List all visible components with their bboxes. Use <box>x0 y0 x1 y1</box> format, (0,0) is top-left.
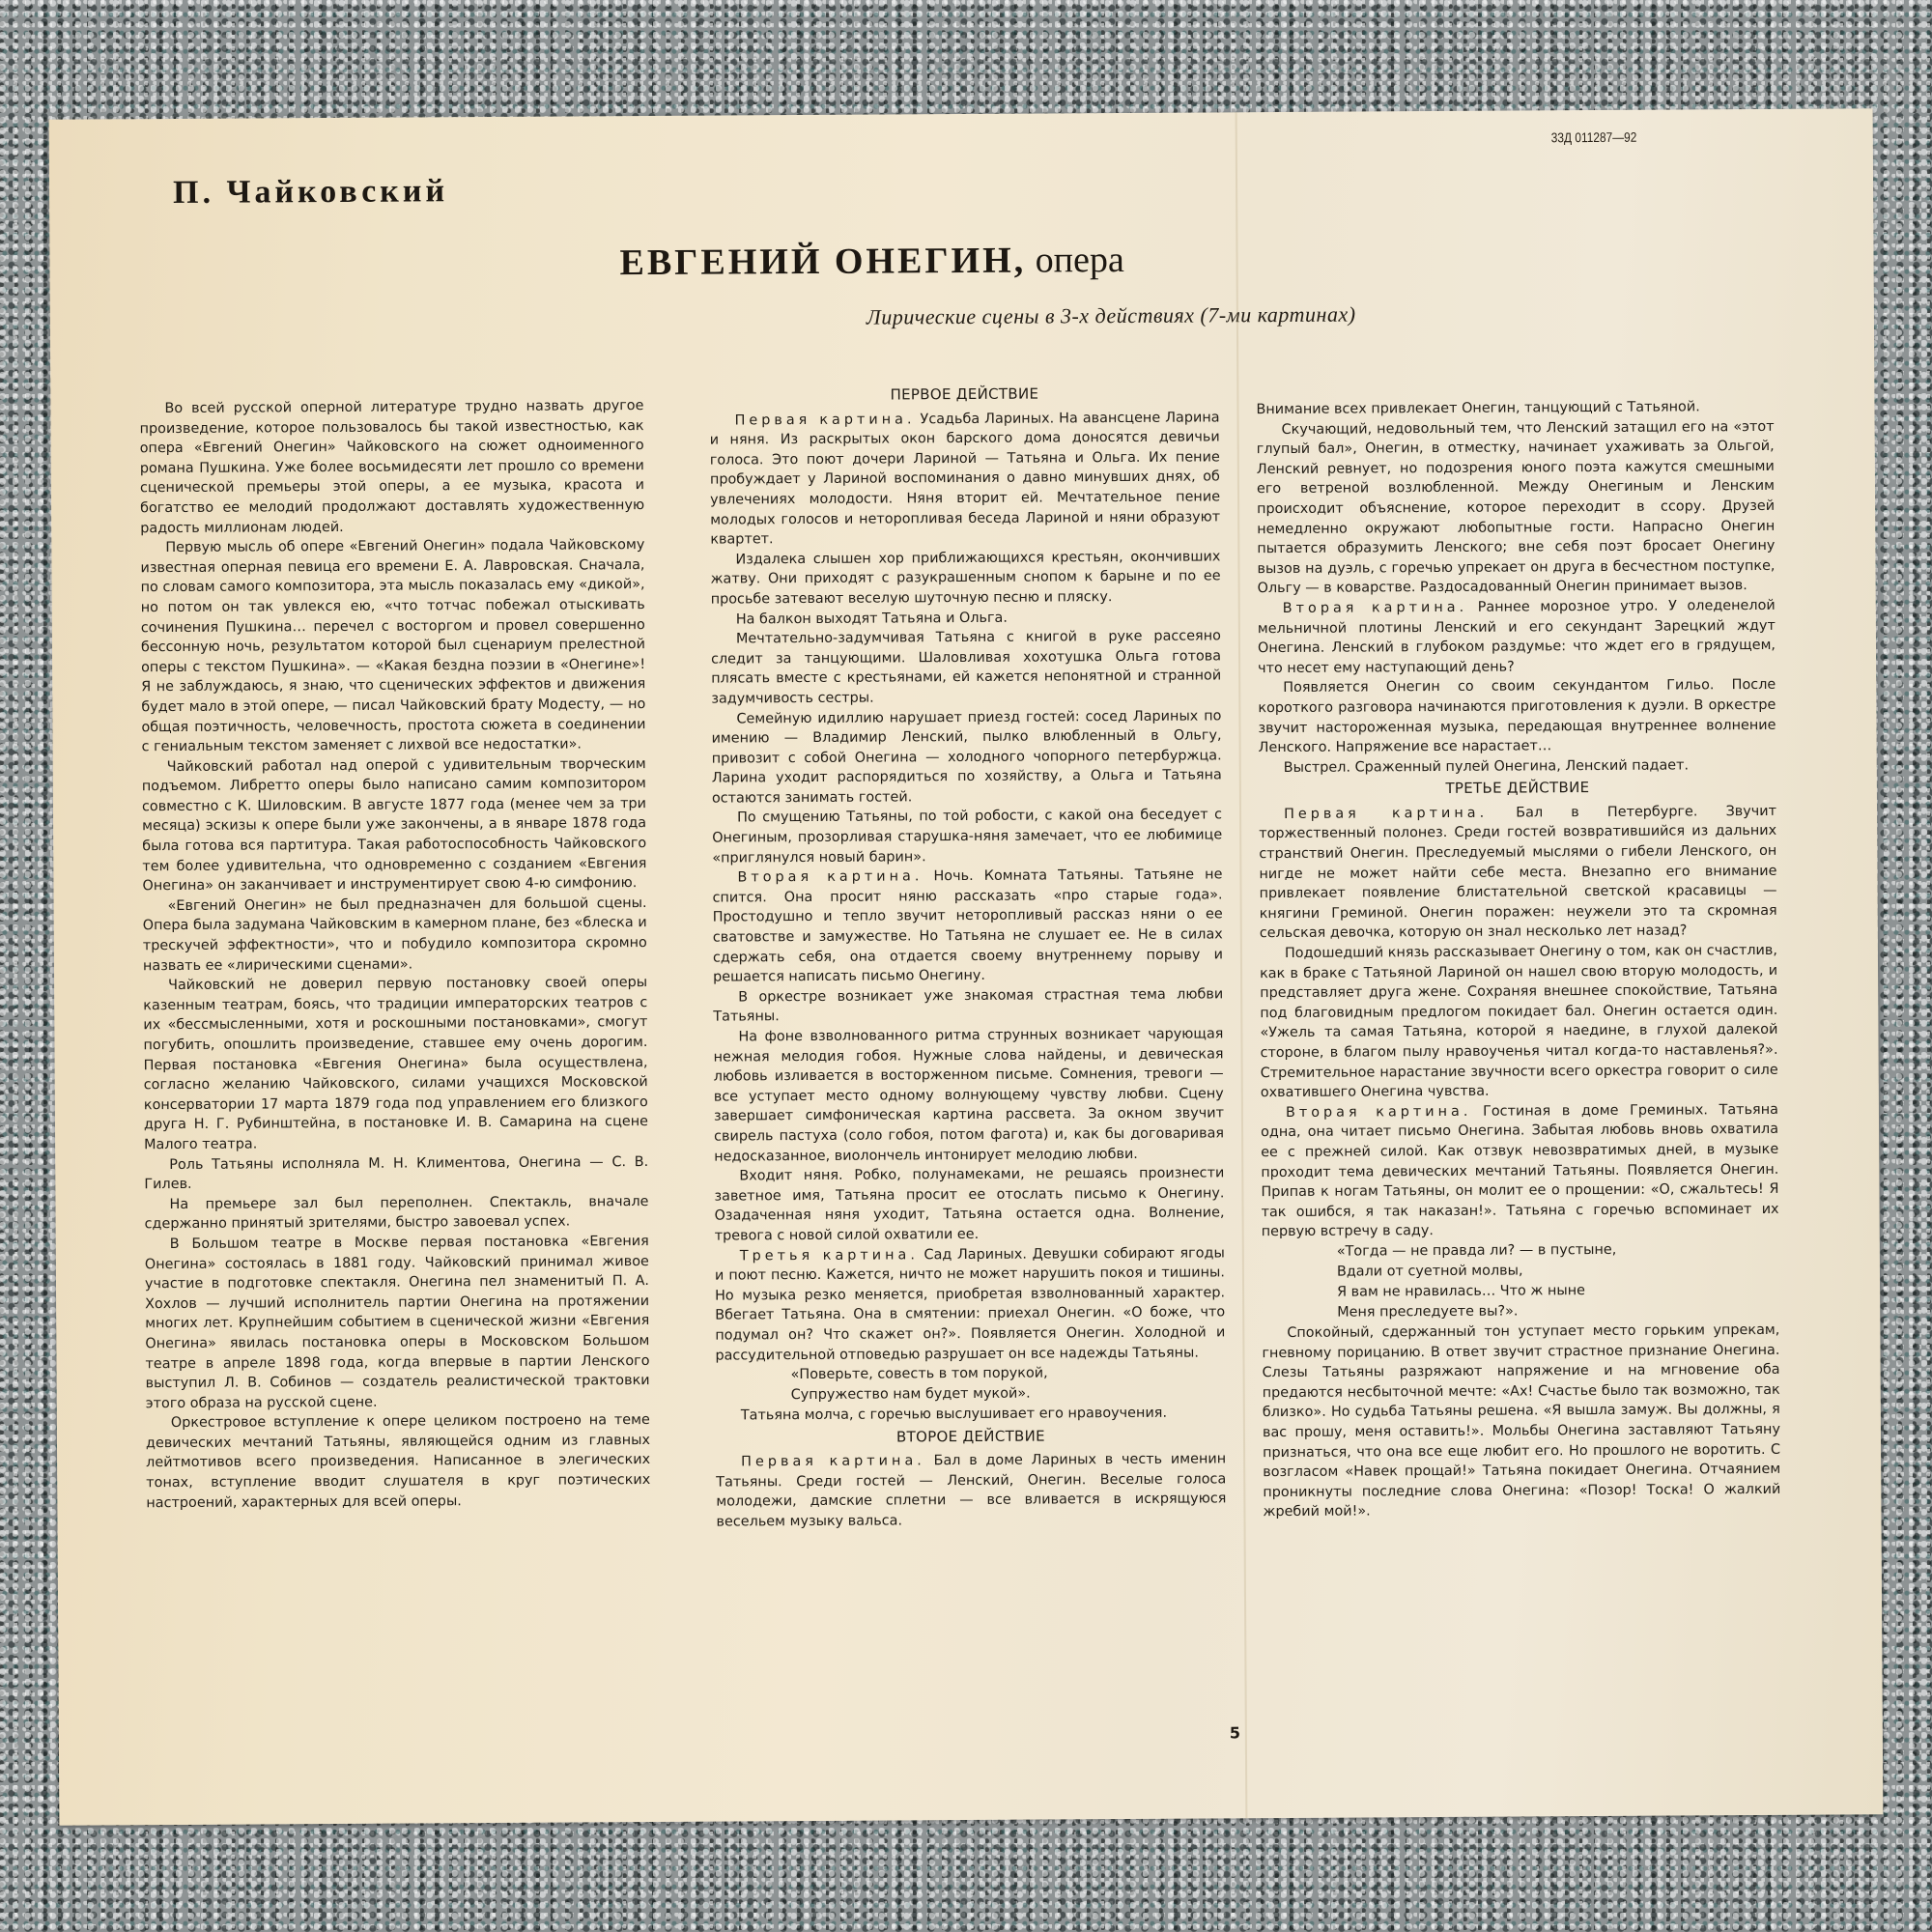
act2-heading: ВТОРОЕ ДЕЙСТВИЕ <box>716 1425 1226 1448</box>
act1-verse: «Поверьте, совесть в том порукой,Супруже… <box>716 1362 1226 1406</box>
synopsis-paragraph: Третья картина. Сад Лариных. Девушки соб… <box>715 1243 1226 1366</box>
verse-line: «Тогда — не правда ли? — в пустыне, <box>1337 1239 1779 1263</box>
paragraph-text: Входит няня. Робко, полунамеками, не реш… <box>714 1166 1224 1244</box>
synopsis-paragraph: Внимание всех привлекает Онегин, танцующ… <box>1256 397 1774 420</box>
booklet-page: 33Д 011287—92 П. Чайковский ЕВГЕНИЙ ОНЕГ… <box>49 108 1884 1826</box>
paragraph-text: Усадьба Лариных. На авансцене Ларина и н… <box>710 410 1221 548</box>
paragraph-text: На фоне взволнованного ритма струнных во… <box>714 1026 1225 1164</box>
paragraph-text: Издалека слышен хор приближающихся крест… <box>710 549 1220 607</box>
column-synopsis-act2-3: Внимание всех привлекает Онегин, танцующ… <box>1256 397 1780 1522</box>
paragraph-text: Мечтательно-задумчивая Татьяна с книгой … <box>711 629 1221 707</box>
opera-title-main: ЕВГЕНИЙ ОНЕГИН, <box>619 241 1026 284</box>
scene-label: Вторая картина. <box>737 869 923 886</box>
synopsis-paragraph: Первая картина. Бал в Петербурге. Звучит… <box>1259 802 1777 944</box>
scene-label: Третья картина. <box>740 1247 919 1264</box>
paragraph-text: Скучающий, недовольный тем, что Ленский … <box>1257 418 1776 596</box>
act3-verse: «Тогда — не правда ли? — в пустыне,Вдали… <box>1262 1239 1780 1323</box>
paragraph-text: Появляется Онегин со своим секундантом Г… <box>1258 677 1776 755</box>
intro-paragraph: Роль Татьяны исполняла М. Н. Климентова,… <box>144 1152 648 1195</box>
synopsis-paragraph: Первая картина. Усадьба Лариных. На аван… <box>709 408 1220 550</box>
scene-label: Первая картина. <box>741 1454 925 1470</box>
intro-paragraph: Первую мысль об опере «Евгений Онегин» п… <box>140 535 645 757</box>
act2-continued-paragraphs: Внимание всех привлекает Онегин, танцующ… <box>1256 397 1776 779</box>
act1-heading: ПЕРВОЕ ДЕЙСТВИЕ <box>709 383 1219 406</box>
intro-paragraph: В Большом театре в Москве первая постано… <box>145 1232 650 1414</box>
verse-line: Меня преследуете вы?». <box>1337 1300 1779 1323</box>
intro-paragraph: Чайковский работал над оперой с удивител… <box>142 754 647 896</box>
opera-subtitle: Лирические сцены в 3-х действиях (7-ми к… <box>867 302 1356 330</box>
column-introduction: Во всей русской оперной литературе трудн… <box>139 396 650 1513</box>
verse-line: Супружество нам будет мукой». <box>791 1382 1226 1406</box>
paragraph-text: Семейную идиллию нарушает приезд гостей:… <box>712 708 1222 807</box>
act3-paragraphs: Первая картина. Бал в Петербурге. Звучит… <box>1259 802 1779 1242</box>
opera-title: ЕВГЕНИЙ ОНЕГИН, опера <box>619 239 1123 284</box>
scene-label: Первая картина. <box>1284 806 1488 822</box>
paragraph-text: Внимание всех привлекает Онегин, танцующ… <box>1256 399 1699 417</box>
scene-label: Вторая картина. <box>1286 1104 1472 1121</box>
synopsis-paragraph: Вторая картина. Ночь. Комната Татьяны. Т… <box>712 866 1223 988</box>
paragraph-text: Гостиная в доме Греминых. Татьяна одна, … <box>1261 1102 1779 1240</box>
page-number: 5 <box>1230 1723 1240 1742</box>
synopsis-paragraph: Выстрел. Сраженный пулей Онегина, Ленски… <box>1259 755 1776 779</box>
synopsis-paragraph: По смущению Татьяны, по той робости, с к… <box>712 806 1222 868</box>
verse-line: Вдали от суетной молвы, <box>1337 1260 1779 1283</box>
synopsis-paragraph: В оркестре возникает уже знакомая страст… <box>713 984 1223 1027</box>
scene-label: Первая картина. <box>734 412 915 428</box>
paragraph-text: Подошедший князь рассказывает Онегину о … <box>1260 943 1778 1100</box>
verse-line: Я вам не нравилась… Что ж ныне <box>1337 1280 1779 1303</box>
verse-line: «Поверьте, совесть в том порукой, <box>791 1362 1226 1385</box>
paragraph-text: По смущению Татьяны, по той робости, с к… <box>712 808 1222 866</box>
scene-label: Вторая картина. <box>1283 600 1468 616</box>
act1-paragraphs: Первая картина. Усадьба Лариных. На аван… <box>709 408 1225 1366</box>
intro-paragraph: Чайковский не доверил первую постановку … <box>143 973 648 1155</box>
act2-first-scene: Первая картина. Бал в доме Лариных в чес… <box>716 1450 1226 1533</box>
synopsis-paragraph: Семейную идиллию нарушает приезд гостей:… <box>711 706 1222 809</box>
act3-after-verse: Спокойный, сдержанный тон уступает место… <box>1262 1321 1780 1522</box>
synopsis-paragraph: Скучающий, недовольный тем, что Ленский … <box>1257 416 1776 599</box>
intro-paragraph: «Евгений Онегин» не был предназначен для… <box>143 894 647 977</box>
paragraph-text: Выстрел. Сраженный пулей Онегина, Ленски… <box>1284 757 1689 776</box>
synopsis-paragraph: Появляется Онегин со своим секундантом Г… <box>1258 675 1776 758</box>
paragraph-text: Бал в Петербурге. Звучит торжественный п… <box>1259 804 1777 942</box>
opera-genre: опера <box>1026 240 1124 281</box>
act1-after-verse: Татьяна молча, с горечью выслушивает его… <box>716 1403 1226 1426</box>
synopsis-paragraph: Подошедший князь рассказывает Онегину о … <box>1260 941 1778 1103</box>
intro-paragraph: Во всей русской оперной литературе трудн… <box>139 396 644 538</box>
catalog-number: 33Д 011287—92 <box>1551 129 1637 146</box>
column-synopsis-act1: ПЕРВОЕ ДЕЙСТВИЕ Первая картина. Усадьба … <box>709 381 1226 1532</box>
synopsis-paragraph: Входит няня. Робко, полунамеками, не реш… <box>714 1164 1224 1247</box>
paragraph-text: В оркестре возникает уже знакомая страст… <box>713 986 1223 1025</box>
act3-heading: ТРЕТЬЕ ДЕЙСТВИЕ <box>1259 777 1776 800</box>
synopsis-paragraph: Вторая картина. Гостиная в доме Греминых… <box>1261 1100 1779 1242</box>
synopsis-paragraph: Вторая картина. Раннее морозное утро. У … <box>1258 596 1776 679</box>
synopsis-paragraph: На фоне взволнованного ритма струнных во… <box>713 1024 1224 1166</box>
composer-name: П. Чайковский <box>173 173 448 212</box>
synopsis-paragraph: Издалека слышен хор приближающихся крест… <box>710 547 1220 610</box>
intro-paragraph: На премьере зал был переполнен. Спектакл… <box>144 1192 648 1235</box>
synopsis-paragraph: Мечтательно-задумчивая Татьяна с книгой … <box>711 627 1221 710</box>
paragraph-text: На балкон выходят Татьяна и Ольга. <box>736 610 1008 627</box>
intro-paragraph: Оркестровое вступление к опере целиком п… <box>146 1410 651 1513</box>
